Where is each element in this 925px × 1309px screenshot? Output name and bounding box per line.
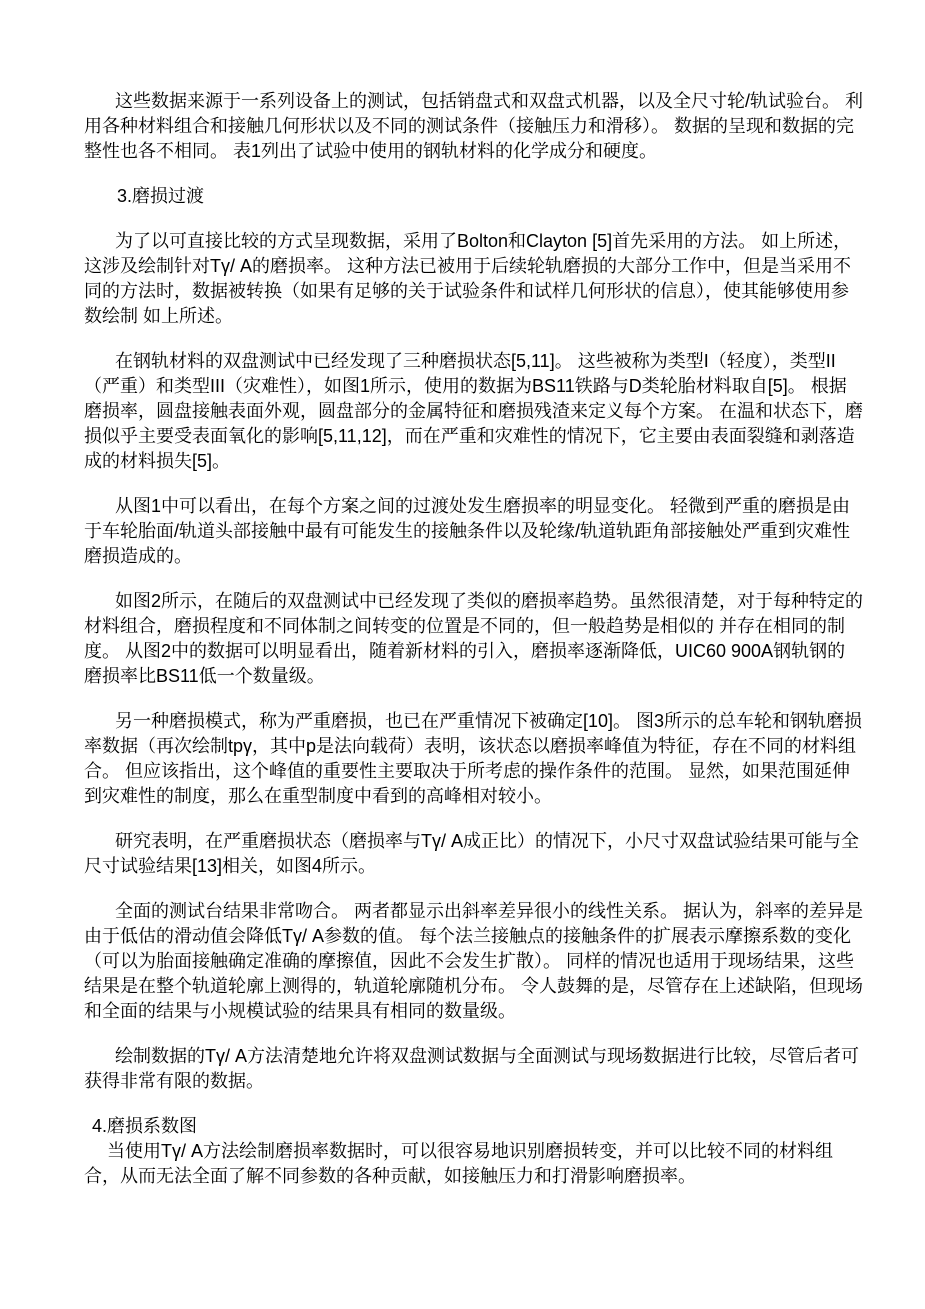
- paragraph-test-data-sources: 这些数据来源于一系列设备上的测试，包括销盘式和双盘式机器，以及全尺寸轮/轨试验台…: [84, 89, 863, 164]
- paragraph-three-wear-regimes: 在钢轨材料的双盘测试中已经发现了三种磨损状态[5,11]。 这些被称为类型I（轻…: [84, 349, 863, 474]
- paragraph-figure1-transitions: 从图1中可以看出，在每个方案之间的过渡处发生磨损率的明显变化。 轻微到严重的磨损…: [84, 494, 863, 569]
- paragraph-bolton-clayton-method: 为了以可直接比较的方式呈现数据，采用了Bolton和Clayton [5]首先采…: [84, 229, 863, 329]
- document-page: 这些数据来源于一系列设备上的测试，包括销盘式和双盘式机器，以及全尺寸轮/轨试验台…: [0, 0, 925, 1309]
- paragraph-severe-wear-mode: 另一种磨损模式，称为严重磨损，也已在严重情况下被确定[10]。 图3所示的总车轮…: [84, 709, 863, 809]
- paragraph-figure2-trends: 如图2所示，在随后的双盘测试中已经发现了类似的磨损率趋势。虽然很清楚，对于每种特…: [84, 589, 863, 689]
- paragraph-test-bench-agreement: 全面的测试台结果非常吻合。 两者都显示出斜率差异很小的线性关系。 据认为，斜率的…: [84, 899, 863, 1024]
- document-body: 这些数据来源于一系列设备上的测试，包括销盘式和双盘式机器，以及全尺寸轮/轨试验台…: [0, 0, 925, 1309]
- section-heading-wear-transition: 3.磨损过渡: [84, 184, 863, 209]
- section-heading-wear-coefficient-map: 4.磨损系数图: [84, 1114, 863, 1139]
- paragraph-ty-a-comparison: 绘制数据的Tγ/ A方法清楚地允许将双盘测试数据与全面测试与现场数据进行比较，尽…: [84, 1044, 863, 1094]
- paragraph-twin-disc-vs-full-scale: 研究表明，在严重磨损状态（磨损率与Tγ/ A成正比）的情况下，小尺寸双盘试验结果…: [84, 829, 863, 879]
- paragraph-wear-coefficient-map-intro: 当使用Tγ/ A方法绘制磨损率数据时，可以很容易地识别磨损转变，并可以比较不同的…: [84, 1139, 863, 1189]
